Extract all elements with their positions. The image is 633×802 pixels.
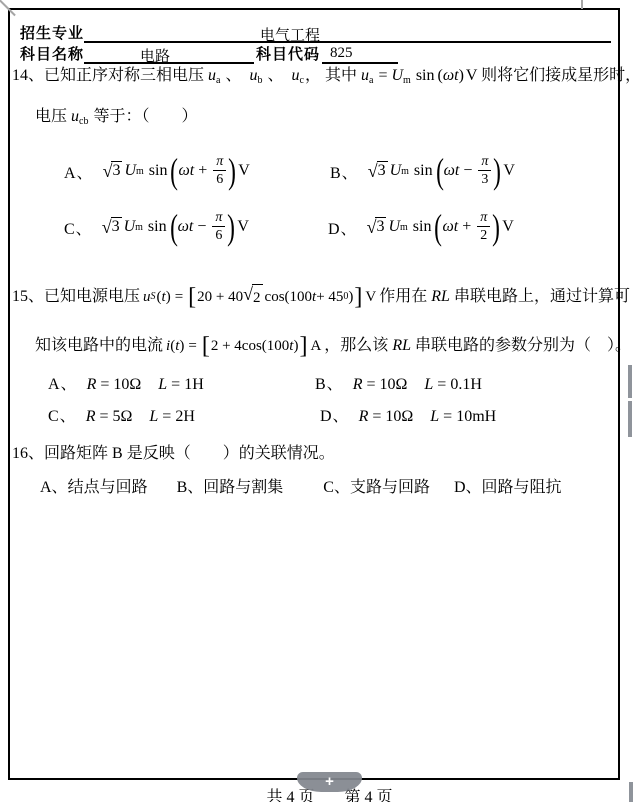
R-var: R (87, 376, 97, 393)
fraction: π3 (478, 154, 491, 188)
q14-option-a: A、 √3Umsin(ωt+π6)V (64, 150, 250, 192)
expr-part1: 2 + 4cos(100 (211, 333, 289, 359)
big-left-paren: ( (435, 208, 443, 246)
q14-number: 14、 (12, 67, 44, 84)
enroll-major-line: 电气工程 (84, 24, 611, 43)
sin-function: sin (148, 218, 167, 236)
big-left-paren: ( (171, 152, 179, 190)
q16-option-a-text: 结点与回路 (68, 479, 148, 496)
volt-unit: V (365, 284, 376, 310)
sin-function: sin (416, 67, 435, 84)
subject-name-line: 电路 (84, 45, 254, 64)
eq-lhs-sub: a (369, 75, 373, 86)
big-right-paren: ) (493, 152, 501, 190)
q14-option-b: B、 √3Umsin(ωt−π3)V (330, 150, 515, 192)
q15-option-a: A、R = 10ΩL = 1H (48, 371, 204, 394)
enroll-major-value: 电气工程 (260, 28, 320, 44)
q14-option-c-label: C、 (64, 216, 93, 239)
q15-number: 15、 (12, 284, 44, 310)
R-var: R (359, 408, 369, 425)
q15-stem2-text-c: 串联电路的参数分别为（ ）。 (415, 333, 631, 359)
L-var: L (430, 408, 439, 425)
q15-option-b: B、R = 10ΩL = 0.1H (315, 371, 482, 394)
q15-option-a-label: A、 (48, 376, 78, 393)
big-left-paren: ( (170, 208, 178, 246)
q16-option-b: B、回路与割集 (177, 474, 284, 497)
var-ub-sub: b (258, 75, 263, 86)
volt-unit: V (466, 67, 477, 84)
sin-function: sin (149, 162, 168, 180)
q14-stem-line2: 电压 ucb 等于：（ ） (35, 104, 197, 135)
big-right-bracket: ] (299, 334, 307, 358)
enroll-major-label: 招生专业 (20, 26, 84, 42)
sin-function: sin (414, 162, 433, 180)
total-pages: 共 4 页 (266, 789, 314, 802)
q15-stem-text-c: 串联电路上，通过计算可 (454, 284, 630, 310)
minus-sign: − (197, 218, 206, 236)
close-paren: ) (293, 333, 298, 359)
sqrt-icon: √3 (103, 161, 123, 182)
U-var: U (124, 162, 136, 180)
u-var: u (143, 284, 151, 310)
L-var: L (149, 408, 158, 425)
volt-unit: V (503, 162, 515, 180)
q15-stem-line2: 知该电路中的电流 i(t)=[2 + 4cos(100t)]A ，那么该 RL … (35, 331, 631, 361)
L-value: = 1H (171, 376, 204, 393)
bottom-right-scroll-mark (629, 782, 633, 802)
R-value: = 10Ω (366, 376, 407, 393)
radicand: 3 (375, 217, 386, 236)
q14-option-d-label: D、 (328, 216, 358, 239)
q14-option-c-formula: √3Umsin(ωt−π6)V (102, 208, 249, 246)
close-paren: ) (348, 284, 353, 310)
omega-t: ωt (178, 162, 194, 180)
right-paren: ) (179, 333, 184, 359)
q14-option-c: C、 √3Umsin(ωt−π6)V (64, 206, 249, 248)
radicand: 3 (377, 161, 388, 180)
scrollbar-thumb[interactable] (628, 365, 632, 437)
fraction-numerator: π (213, 154, 226, 171)
big-left-bracket: [ (188, 285, 196, 309)
omega-t: ωt (442, 218, 458, 236)
q14-stem-line1: 14、已知正序对称三相电压 ua、 ub、 uc， 其中 ua=Umsin(ωt… (12, 63, 633, 94)
right-paren: ) (459, 67, 464, 84)
q16-stem: 16、回路矩阵 B 是反映（ ）的关联情况。 (12, 441, 335, 467)
sqrt-icon: √3 (367, 217, 387, 238)
fraction: π2 (477, 210, 490, 244)
fraction-numerator: π (478, 154, 491, 171)
q16-stem-text: 回路矩阵 B 是反映（ ）的关联情况。 (44, 445, 335, 462)
q16-option-d: D、回路与阻抗 (454, 474, 562, 497)
q14-stem2-text-a: 电压 (35, 108, 67, 125)
top-edge-tick (581, 0, 583, 9)
eq-Um: U (391, 67, 403, 84)
big-right-paren: ) (227, 208, 235, 246)
L-var: L (158, 376, 167, 393)
plus-icon: + (325, 774, 334, 789)
fraction-denominator: 3 (481, 171, 488, 188)
q15-option-d-label: D、 (320, 408, 350, 425)
q16-option-b-label: B、 (177, 479, 204, 496)
q15-current-formula: i(t)=[2 + 4cos(100t)]A (166, 333, 321, 359)
RL-var: RL (392, 333, 411, 359)
var-ucb-sub: cb (79, 116, 88, 127)
q14-stem-text-a: 已知正序对称三相电压 (44, 67, 204, 84)
R-var: R (86, 408, 96, 425)
q16-option-c: C、支路与回路 (323, 474, 430, 497)
RL-var: RL (431, 284, 450, 310)
q14-option-b-label: B、 (330, 160, 359, 183)
var-ua-sub: a (216, 75, 220, 86)
separator: 、 (225, 67, 241, 84)
right-paren: ) (166, 284, 171, 310)
header-row-1: 招生专业电气工程 (20, 22, 611, 43)
expr-part1: 20 + 40 (197, 284, 243, 310)
fraction-numerator: π (212, 210, 225, 227)
q15-stem2-text-a: 知该电路中的电流 (35, 333, 163, 359)
zoom-in-button[interactable]: + (297, 772, 362, 792)
q16-option-d-text: 回路与阻抗 (482, 479, 562, 496)
L-value: = 2H (162, 408, 195, 425)
U-sub: m (135, 222, 143, 233)
eq-Um-sub: m (403, 75, 411, 86)
R-var: R (353, 376, 363, 393)
omega-t: ωt (178, 218, 194, 236)
var-uc-sub: c (300, 75, 304, 86)
var-ub: u (250, 67, 258, 84)
q15-stem-text-b: 作用在 (379, 284, 427, 310)
scrollbar-thumb-dot (628, 398, 632, 401)
q15-stem-line1: 15、已知电源电压 uS(t)=[20 + 40√2cos(100t+ 450)… (12, 280, 630, 314)
big-right-bracket: ] (354, 285, 362, 309)
sqrt-icon: √2 (243, 284, 262, 311)
q16-option-c-text: 支路与回路 (350, 479, 430, 496)
U-sub: m (401, 166, 409, 177)
q15-stem2-text-b: ，那么该 (324, 333, 388, 359)
q16-options: A、结点与回路 B、回路与割集 C、支路与回路 D、回路与阻抗 (40, 474, 562, 497)
volt-unit: V (238, 162, 250, 180)
big-right-paren: ) (228, 152, 236, 190)
q14-among-text: 其中 (325, 67, 357, 84)
subject-name-label: 科目名称 (20, 47, 84, 63)
q14-option-a-formula: √3Umsin(ωt+π6)V (103, 152, 250, 190)
volt-unit: V (237, 218, 249, 236)
q15-option-d: D、R = 10ΩL = 10mH (320, 403, 496, 426)
q14-option-a-label: A、 (64, 160, 94, 183)
equals-sign: = (175, 284, 183, 310)
var-uc: u (292, 67, 300, 84)
q14-stem2-text-b: 等于：（ ） (93, 108, 197, 125)
q14-stem-text-b: 则将它们接成星形时， (481, 67, 633, 84)
radicand: 3 (111, 217, 122, 236)
U-var: U (390, 162, 402, 180)
L-value: = 0.1H (437, 376, 482, 393)
header-row-2: 科目名称电路科目代码825 (20, 43, 398, 64)
comma: ， (305, 67, 321, 84)
q16-option-a-label: A、 (40, 479, 68, 496)
q14-option-d: D、 √3Umsin(ωt+π2)V (328, 206, 514, 248)
sqrt-icon: √3 (368, 161, 388, 182)
big-left-paren: ( (436, 152, 444, 190)
volt-unit: V (502, 218, 514, 236)
omega-t: ωt (444, 162, 460, 180)
sqrt-icon: √3 (102, 217, 122, 238)
plus-sign: + (198, 162, 207, 180)
R-value: = 10Ω (372, 408, 413, 425)
fraction-denominator: 2 (480, 227, 487, 244)
q16-number: 16、 (12, 445, 44, 462)
q16-option-d-label: D、 (454, 479, 482, 496)
fraction: π6 (212, 210, 225, 244)
radicand: 3 (111, 161, 122, 180)
R-value: = 10Ω (100, 376, 141, 393)
minus-sign: − (463, 162, 472, 180)
q14-option-b-formula: √3Umsin(ωt−π3)V (368, 152, 515, 190)
fraction: π6 (213, 154, 226, 188)
q15-option-c: C、R = 5ΩL = 2H (48, 403, 195, 426)
current-page: 第 4 页 (345, 789, 393, 802)
ampere-unit: A (310, 333, 321, 359)
big-right-paren: ) (492, 208, 500, 246)
U-sub: m (136, 166, 144, 177)
q15-option-c-label: C、 (48, 408, 77, 425)
phase-part: + 45 (316, 284, 343, 310)
equals-sign: = (188, 333, 196, 359)
equals-sign: = (378, 67, 387, 84)
q16-option-a: A、结点与回路 (40, 474, 148, 497)
subject-code-value: 825 (330, 45, 353, 61)
U-var: U (388, 218, 400, 236)
subject-code-label: 科目代码 (256, 47, 320, 63)
plus-sign: + (462, 218, 471, 236)
U-sub: m (400, 222, 408, 233)
u-sub-S: S (151, 284, 156, 310)
eq-lhs-u: u (361, 67, 369, 84)
var-ua: u (208, 67, 216, 84)
subject-code-line: 825 (322, 45, 398, 64)
L-var: L (424, 376, 433, 393)
cos-part: cos(100 (265, 284, 313, 310)
q16-option-b-text: 回路与割集 (203, 479, 283, 496)
big-left-bracket: [ (202, 334, 210, 358)
q16-option-c-label: C、 (323, 479, 350, 496)
R-value: = 5Ω (99, 408, 132, 425)
q15-source-voltage-formula: uS(t)=[20 + 40√2cos(100t+ 450)]V (143, 284, 376, 311)
radicand: 2 (252, 284, 263, 311)
U-var: U (124, 218, 136, 236)
fraction-numerator: π (477, 210, 490, 227)
q15-option-b-label: B、 (315, 376, 344, 393)
fraction-denominator: 6 (216, 171, 223, 188)
sin-function: sin (413, 218, 432, 236)
q14-option-d-formula: √3Umsin(ωt+π2)V (367, 208, 514, 246)
separator: 、 (268, 67, 284, 84)
omega-t: ωt (443, 67, 459, 84)
L-value: = 10mH (443, 408, 496, 425)
fraction-denominator: 6 (215, 227, 222, 244)
q15-stem-text-a: 已知电源电压 (44, 284, 140, 310)
var-ucb: u (71, 108, 79, 125)
